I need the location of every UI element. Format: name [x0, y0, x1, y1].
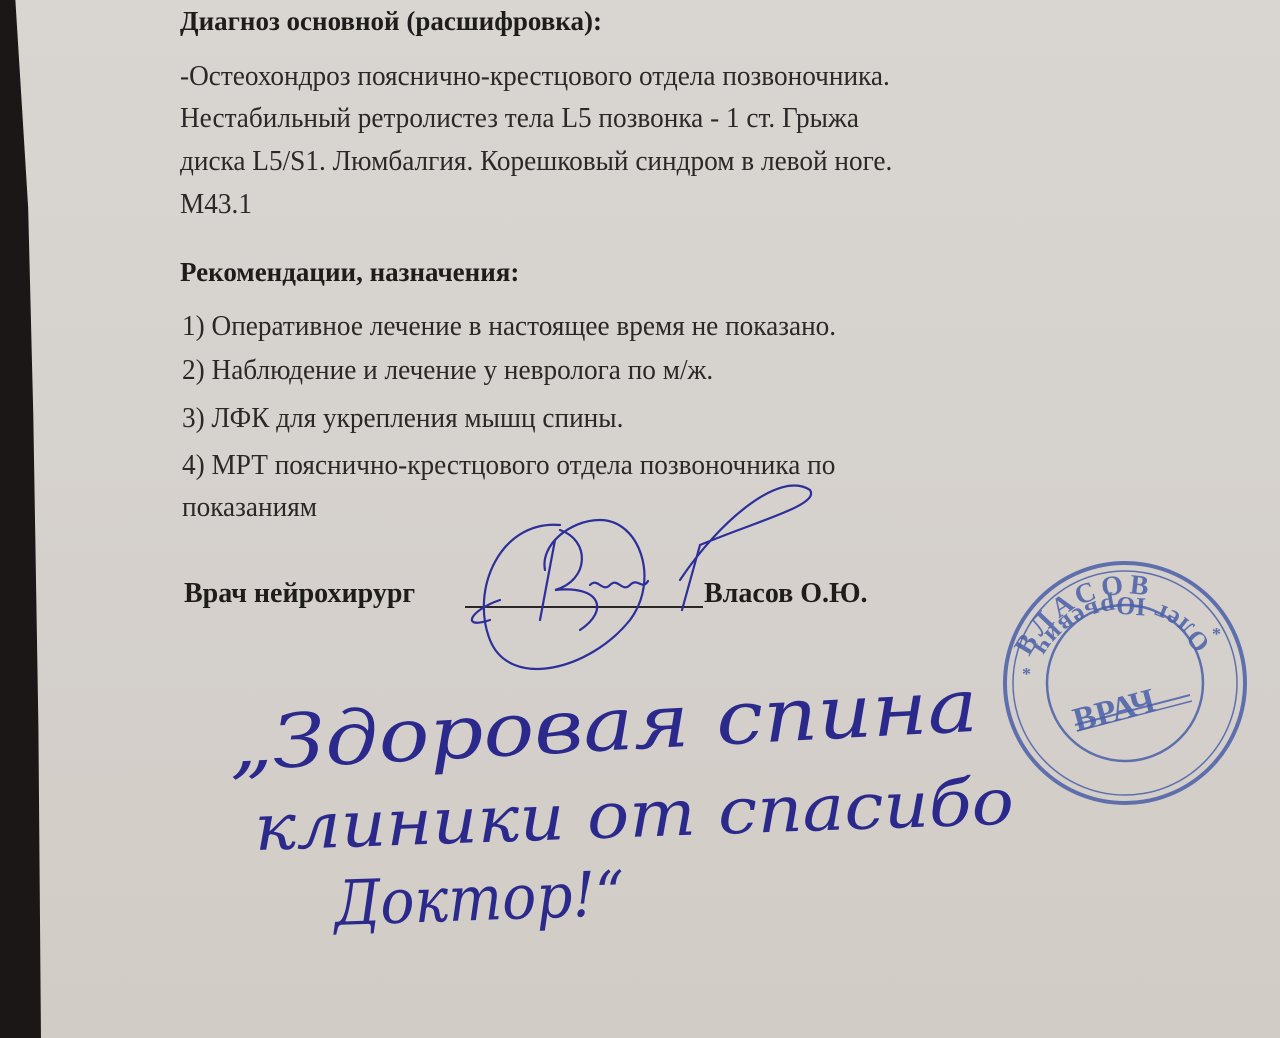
handwritten-note: „Здоровая спина клиники от спасибо Докто…: [0, 0, 1280, 1038]
svg-text:Доктор!“: Доктор!“: [330, 857, 625, 940]
svg-text:„Здоровая спина: „Здоровая спина: [226, 663, 979, 788]
